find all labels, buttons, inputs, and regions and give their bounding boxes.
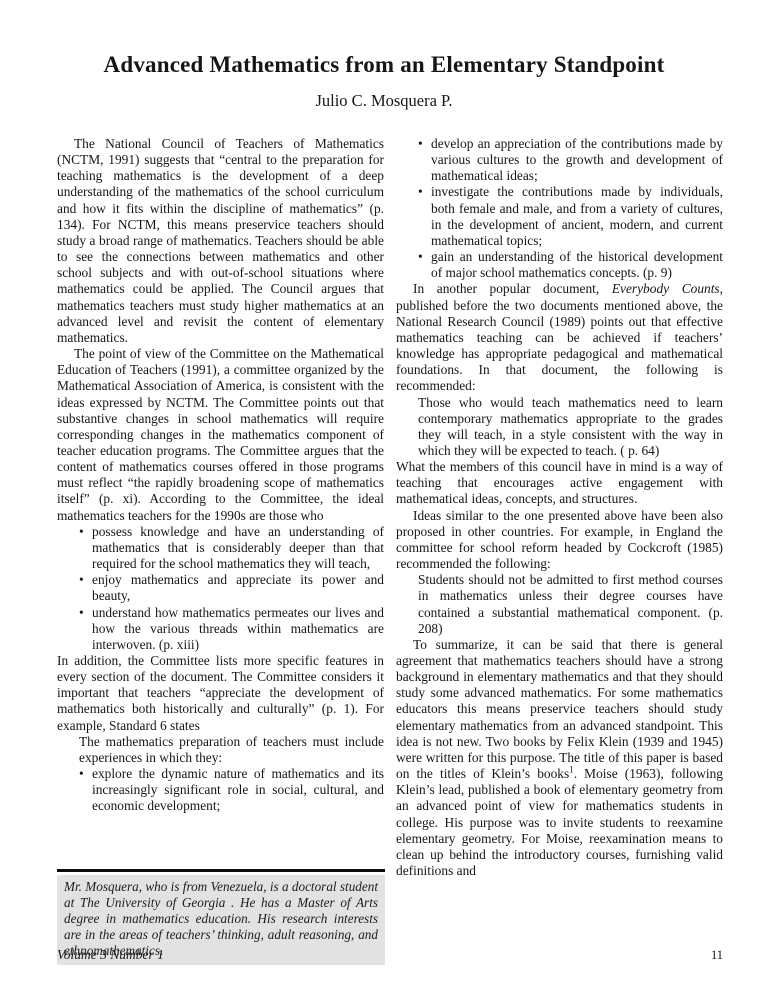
paragraph-what-members: What the members of this council have in… — [396, 459, 723, 507]
standard6-bullet-list: explore the dynamic nature of mathematic… — [57, 766, 384, 814]
paragraph-committee: The point of view of the Committee on th… — [57, 346, 384, 524]
author-byline: Julio C. Mosquera P. — [0, 91, 768, 111]
italic-book-title: Everybody Counts — [612, 281, 720, 296]
bullet-item: understand how mathematics permeates our… — [79, 605, 384, 653]
right-column: develop an appreciation of the contribut… — [396, 136, 723, 879]
paragraph-ideas-similar: Ideas similar to the one presented above… — [396, 508, 723, 573]
text-run: . Moise (1963), following Klein’s lead, … — [396, 766, 723, 878]
journal-volume-label: Volume 3 Number 1 — [57, 947, 164, 963]
double-rule-divider — [57, 869, 385, 872]
two-column-body: The National Council of Teachers of Math… — [57, 136, 723, 879]
paragraph-to-summarize: To summarize, it can be said that there … — [396, 637, 723, 879]
bullet-item: possess knowledge and have an understand… — [79, 524, 384, 572]
bullet-item: investigate the contributions made by in… — [418, 184, 723, 249]
paragraph-in-addition: In addition, the Committee lists more sp… — [57, 653, 384, 734]
paper-page: Advanced Mathematics from an Elementary … — [0, 0, 768, 994]
paragraph-everybody-counts: In another popular document, Everybody C… — [396, 281, 723, 394]
standard6-bullet-list-continued: develop an appreciation of the contribut… — [396, 136, 723, 281]
bullet-item: gain an understanding of the historical … — [418, 249, 723, 281]
nrc-block-quote: Those who would teach mathematics need t… — [418, 395, 723, 460]
standard6-quote-intro: The mathematics preparation of teachers … — [79, 734, 384, 766]
text-run: To summarize, it can be said that there … — [396, 637, 723, 781]
left-column: The National Council of Teachers of Math… — [57, 136, 384, 879]
text-run: In another popular document, — [413, 281, 612, 296]
bullet-item: enjoy mathematics and appreciate its pow… — [79, 572, 384, 604]
page-number: 11 — [711, 948, 723, 963]
page-footer: Volume 3 Number 1 11 — [57, 947, 723, 963]
paragraph-nctm: The National Council of Teachers of Math… — [57, 136, 384, 346]
bullet-item: develop an appreciation of the contribut… — [418, 136, 723, 184]
text-run: , published before the two documents men… — [396, 281, 723, 393]
bullet-item: explore the dynamic nature of mathematic… — [79, 766, 384, 814]
page-title: Advanced Mathematics from an Elementary … — [0, 0, 768, 78]
cockcroft-block-quote: Students should not be admitted to first… — [418, 572, 723, 637]
ideal-teachers-bullet-list: possess knowledge and have an understand… — [57, 524, 384, 653]
